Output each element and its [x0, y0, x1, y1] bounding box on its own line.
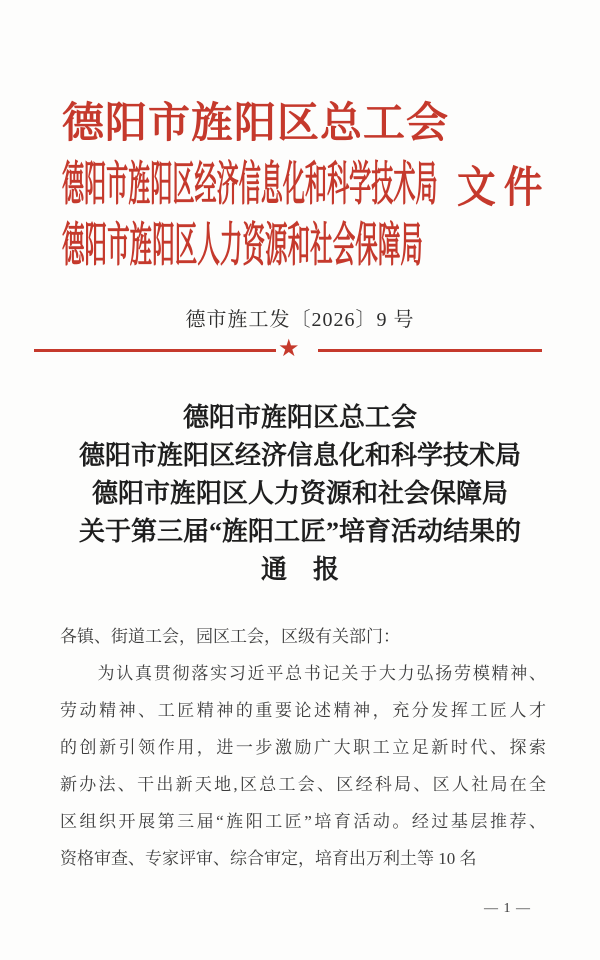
document-reference-number: 德市旌工发〔2026〕9 号	[0, 303, 600, 332]
title-line-2: 德阳市旌阳区经济信息化和科学技术局	[0, 437, 600, 475]
body-line: 为认真贯彻落实习近平总书记关于大力弘扬劳模精神、	[60, 655, 546, 692]
document-body: 各镇、街道工会，园区工会，区级有关部门： 为认真贯彻落实习近平总书记关于大力弘扬…	[60, 618, 546, 877]
divider-gap	[302, 350, 318, 351]
title-line-1: 德阳市旌阳区总工会	[0, 399, 600, 437]
body-line-last: 资格审查、专家评审、综合审定，培育出万利土等 10 名	[60, 840, 546, 877]
letterhead-org-1: 德阳市旌阳区总工会	[62, 101, 449, 147]
title-line-4: 关于第三届“旌阳工匠”培育活动结果的	[0, 513, 600, 551]
page-number: — 1 —	[484, 901, 531, 917]
body-line: 区组织开展第三届“旌阳工匠”培育活动。经过基层推荐、	[60, 803, 546, 840]
title-line-3: 德阳市旌阳区人力资源和社会保障局	[0, 475, 600, 513]
letterhead-org-3: 德阳市旌阳区人力资源和社会保障局	[62, 222, 423, 271]
divider-line-right	[318, 349, 542, 352]
document-page: 德阳市旌阳区总工会 德阳市旌阳区经济信息化和科学技术局 德阳市旌阳区人力资源和社…	[0, 0, 600, 960]
document-title: 德阳市旌阳区总工会 德阳市旌阳区经济信息化和科学技术局 德阳市旌阳区人力资源和社…	[0, 399, 600, 589]
salutation-line: 各镇、街道工会，园区工会，区级有关部门：	[60, 618, 546, 655]
star-divider: ★	[34, 338, 542, 362]
divider-line-left	[34, 349, 276, 352]
star-icon: ★	[278, 337, 300, 361]
body-line: 新办法、干出新天地,区总工会、区经科局、区人社局在全	[60, 766, 546, 803]
body-line: 劳动精神、工匠精神的重要论述精神，充分发挥工匠人才	[60, 692, 546, 729]
body-line: 的创新引领作用，进一步激励广大职工立足新时代、探索	[60, 729, 546, 766]
letterhead-document-label: 文件	[457, 166, 551, 211]
title-line-5: 通 报	[0, 551, 600, 589]
letterhead-org-2: 德阳市旌阳区经济信息化和科学技术局	[62, 161, 438, 210]
